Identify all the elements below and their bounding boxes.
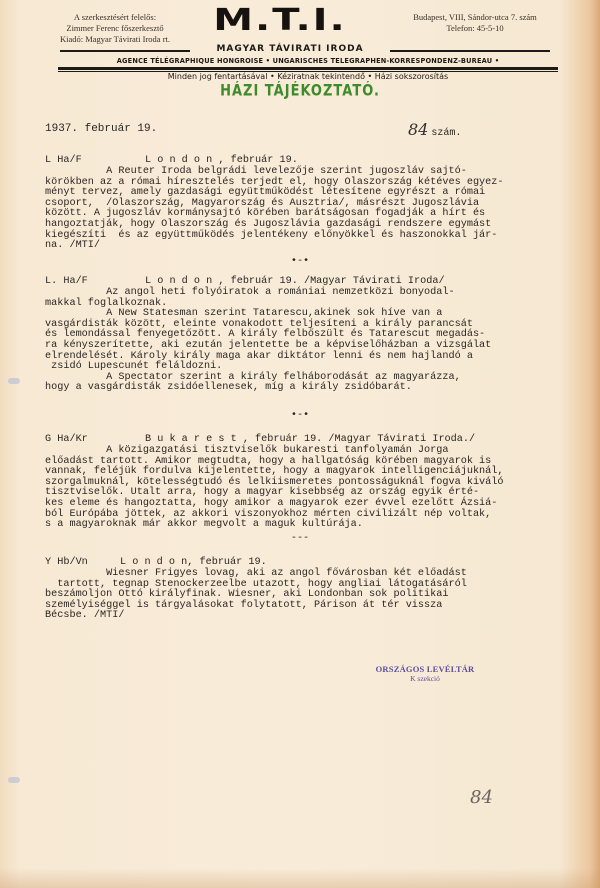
article-1: L Ha/F L o n d o n , február 19. A Reute… [45, 155, 565, 252]
stamp-line-1: ORSZÁGOS LEVÉLTÁR [370, 664, 480, 674]
editor-line-3: Kiadó: Magyar Távirati Iroda rt. [40, 34, 190, 45]
address-info: Budapest, VIII, Sándor-utca 7. szám Tele… [385, 12, 565, 34]
agency-name: MAGYAR TÁVIRATI IRODA [190, 44, 390, 54]
article-2: L. Ha/F L o n d o n , február 19. /Magya… [45, 276, 565, 394]
article-dateline: B u k a r e s t , február 19. /Magyar Tá… [145, 434, 475, 445]
stamp-line-2: K szekció [370, 674, 480, 683]
binding-mark [8, 777, 20, 783]
address-line: Budapest, VIII, Sándor-utca 7. szám [385, 12, 565, 23]
article-body: A Reuter Iroda belgrádi levelezője szeri… [45, 167, 565, 252]
bulletin-title: HÁZI TÁJÉKOZTATÓ. [0, 83, 600, 101]
agency-multilingual: AGENCE TÉLÉGRAPHIQUE HONGROISE • UNGARIS… [58, 57, 558, 65]
article-code: L Ha/F [45, 155, 82, 166]
separator: •-• [0, 256, 600, 267]
article-3: G Ha/Kr B u k a r e s t , február 19. /M… [45, 434, 565, 531]
issue-label: szám. [431, 128, 461, 139]
article-dateline: L o n d o n, február 19. [120, 557, 267, 568]
document-date: 1937. február 19. [45, 123, 157, 135]
mti-logo: M.T.I. [190, 2, 370, 38]
article-code: L. Ha/F [45, 276, 88, 287]
article-4: Y Hb/Vn L o n d o n, február 19. Wiesner… [45, 557, 565, 622]
article-code: G Ha/Kr [45, 434, 88, 445]
editor-line-1: A szerkesztésért felelős: [40, 12, 190, 23]
issue-number-handwritten: 84 [408, 120, 428, 139]
editor-info: A szerkesztésért felelős: Zimmer Ferenc … [40, 12, 190, 45]
article-body: A közigazgatási tisztviselők bukaresti t… [45, 446, 565, 531]
article-code: Y Hb/Vn [45, 557, 88, 568]
archive-stamp: ORSZÁGOS LEVÉLTÁR K szekció [370, 664, 480, 683]
pencil-page-number: 84 [470, 787, 493, 808]
separator: --- [0, 533, 600, 544]
article-body: Az angol heti folyóiratok a romániai nem… [45, 288, 565, 394]
rights-notice: Minden jog fentartásával • Kéziratnak te… [58, 72, 558, 81]
article-dateline: L o n d o n , február 19. [145, 155, 298, 166]
separator: •-• [0, 410, 600, 421]
document-page: A szerkesztésért felelős: Zimmer Ferenc … [0, 0, 600, 888]
phone-line: Telefon: 45-5-10 [385, 23, 565, 34]
header-rule-thick [58, 67, 558, 70]
article-body: Wiesner Frigyes lovag, aki az angol fővá… [45, 569, 565, 622]
issue-number: 84szám. [408, 120, 461, 140]
binding-mark [8, 378, 20, 384]
article-dateline: L o n d o n , február 19. /Magyar Távira… [145, 276, 445, 287]
editor-line-2: Zimmer Ferenc főszerkesztő [40, 23, 190, 34]
